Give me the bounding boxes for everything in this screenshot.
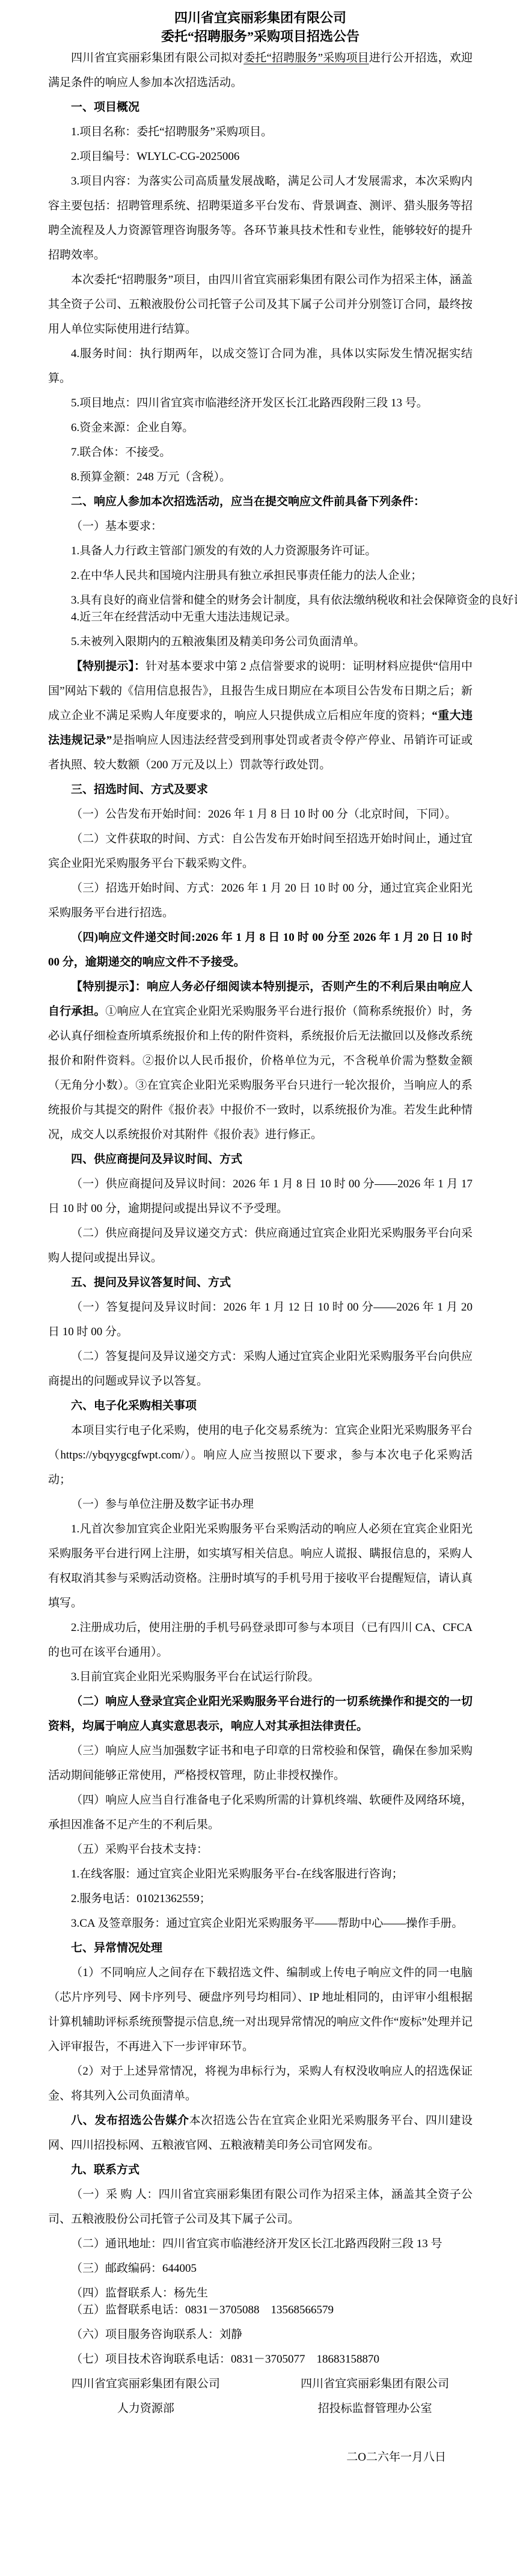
- signature-right-company: 四川省宜宾丽彩集团有限公司: [277, 2372, 473, 2396]
- signature-left: 四川省宜宾丽彩集团有限公司 人力资源部: [48, 2372, 243, 2421]
- intro-underlined-project-name: 委托“招聘服务”采购项目: [243, 52, 369, 64]
- section3-item1-announce-time: （一）公告发布开始时间：2026 年 1 月 8 日 10 时 00 分（北京时…: [48, 802, 473, 827]
- section6-heading: 六、电子化采购相关事项: [48, 1394, 473, 1418]
- section9-item7-tech-phone: （七）项目技术咨询联系电话：0831－3705077 18683158870: [48, 2347, 473, 2372]
- section6-sub3: （三）响应人应当加强数字证书和电子印章的日常校验和保管，确保在参加采购活动期间能…: [48, 1739, 473, 1788]
- section6-sub5-item3-ca-service: 3.CA 及签章服务：通过宜宾企业阳光采购服务平——帮助中心——操作手册。: [48, 1911, 473, 1936]
- section6-intro: 本项目实行电子化采购，使用的电子化交易系统为：宜宾企业阳光采购服务平台（http…: [48, 1418, 473, 1492]
- doc-title-line1: 四川省宜宾丽彩集团有限公司: [48, 8, 473, 27]
- section9-item1-purchaser: （一）采 购 人：四川省宜宾丽彩集团有限公司作为招采主体，涵盖其全资子公司、五粮…: [48, 2182, 473, 2232]
- special-notice-2: 【特别提示】：响应人务必仔细阅读本特别提示，否则产生的不利后果由响应人自行承担。…: [48, 974, 473, 1147]
- section7-heading: 七、异常情况处理: [48, 1936, 473, 1960]
- section1-item8-budget: 8.预算金额：248 万元（含税）。: [48, 465, 473, 489]
- section9-item2-address: （二）通讯地址：四川省宜宾市临港经济开发区长江北路西段附三段 13 号: [48, 2232, 473, 2256]
- section9-item5-supervisor-phone: （五）监督联系电话：0831－3705088 13568566579: [48, 2298, 473, 2322]
- section1-item7-consortium: 7.联合体：不接受。: [48, 440, 473, 465]
- section2-basic-requirements-label: （一）基本要求：: [48, 514, 473, 539]
- section5-heading: 五、提问及异议答复时间、方式: [48, 1270, 473, 1295]
- section1-paragraph2: 本次委托“招聘服务”项目，由四川省宜宾丽彩集团有限公司作为招采主体，涵盖其全资子…: [48, 268, 473, 341]
- signature-right: 四川省宜宾丽彩集团有限公司 招投标监督管理办公室: [277, 2372, 473, 2421]
- special-notice-2-text: ①响应人在宜宾企业阳光采购服务平台进行报价（简称系统报价）时，务必认真仔细检查所…: [48, 1005, 473, 1141]
- section9-item6-service-contact: （六）项目服务咨询联系人：刘静: [48, 2322, 473, 2347]
- section3-item2-file-obtain: （二）文件获取的时间、方式：自公告发布开始时间至招选开始时间止，通过宜宾企业阳光…: [48, 827, 473, 876]
- section1-item4-service-time: 4.服务时间：执行期两年，以成交签订合同为准，具体以实际发生情况据实结算。: [48, 341, 473, 391]
- section6-sub1-item2: 2.注册成功后，使用注册的手机号码登录即可参与本项目（已有四川 CA、CFCA …: [48, 1615, 473, 1665]
- section6-sub5-heading: （五）采购平台技术支持：: [48, 1837, 473, 1862]
- section2-item2: 2.在中华人民共和国境内注册具有独立承担民事责任能力的法人企业；: [48, 563, 473, 588]
- section1-heading: 一、项目概况: [48, 95, 473, 120]
- section1-item6-funding: 6.资金来源：企业自筹。: [48, 415, 473, 440]
- section3-item3-start-time: （三）招选开始时间、方式：2026 年 1 月 20 日 10 时 00 分，通…: [48, 876, 473, 925]
- section4-item2: （二）供应商提问及异议递交方式：供应商通过宜宾企业阳光采购服务平台向采购人提问或…: [48, 1221, 473, 1270]
- section3-item4-submission-time: （四)响应文件递交时间:2026 年 1 月 8 日 10 时 00 分至 20…: [48, 925, 473, 974]
- section4-item1: （一）供应商提问及异议时间：2026 年 1 月 8 日 10 时 00 分——…: [48, 1172, 473, 1221]
- section2-item5: 5.未被列入限期内的五粮液集团及精美印务公司负面清单。: [48, 629, 473, 654]
- section7-item2: （2）对于上述异常情况，将视为串标行为，采购人有权没收响应人的招选保证金、将其列…: [48, 2059, 473, 2108]
- section4-heading: 四、供应商提问及异议时间、方式: [48, 1147, 473, 1172]
- section6-sub4: （四）响应人应当自行准备电子化采购所需的计算机终端、软硬件及网络环境，承担因准备…: [48, 1788, 473, 1837]
- intro-paragraph: 四川省宜宾丽彩集团有限公司拟对委托“招聘服务”采购项目进行公开招选，欢迎满足条件…: [48, 46, 473, 95]
- document-page: 四川省宜宾丽彩集团有限公司 委托“招聘服务”采购项目招选公告 四川省宜宾丽彩集团…: [0, 0, 517, 2576]
- section6-sub1-item1: 1.凡首次参加宜宾企业阳光采购服务平台采购活动的响应人必须在宜宾企业阳光采购服务…: [48, 1517, 473, 1615]
- signature-block: 四川省宜宾丽彩集团有限公司 人力资源部 四川省宜宾丽彩集团有限公司 招投标监督管…: [48, 2372, 473, 2421]
- special-notice-1-label: 【特别提示】：: [71, 660, 145, 673]
- section1-item5-location: 5.项目地点：四川省宜宾市临港经济开发区长江北路西段附三段 13 号。: [48, 391, 473, 415]
- signature-right-department: 招投标监督管理办公室: [277, 2396, 473, 2421]
- section1-item2-project-number: 2.项目编号：WLYLC-CG-2025006: [48, 144, 473, 169]
- section5-item2: （二）答复提问及异议递交方式：采购人通过宜宾企业阳光采购服务平台向供应商提出的问…: [48, 1344, 473, 1394]
- section5-item1: （一）答复提问及异议时间：2026 年 1 月 12 日 10 时 00 分——…: [48, 1295, 473, 1344]
- section6-sub5-item1-online-service: 1.在线客服：通过宜宾企业阳光采购服务平台-在线客服进行咨询；: [48, 1862, 473, 1886]
- section9-item3-postcode: （三）邮政编码：644005: [48, 2256, 473, 2281]
- signature-left-company: 四川省宜宾丽彩集团有限公司: [48, 2372, 243, 2396]
- section6-sub1-item3: 3.目前宜宾企业阳光采购服务平台在试运行阶段。: [48, 1665, 473, 1689]
- section2-heading: 二、响应人参加本次招选活动，应当在提交响应文件前具备下列条件：: [48, 489, 473, 514]
- special-notice-1-text-b: 是指响应人因违法经营受到刑事处罚或者责令停产停业、吊销许可证或者执照、较大数额（…: [48, 734, 473, 771]
- section1-item1-project-name: 1.项目名称：委托“招聘服务”采购项目。: [48, 120, 473, 144]
- signature-left-department: 人力资源部: [48, 2396, 243, 2421]
- section6-sub2: （二）响应人登录宜宾企业阳光采购服务平台进行的一切系统操作和提交的一切资料，均属…: [48, 1689, 473, 1739]
- intro-text-start: 四川省宜宾丽彩集团有限公司拟对: [71, 52, 243, 64]
- section7-item1: （1）不同响应人之间存在下载招选文件、编制或上传电子响应文件的同一电脑（芯片序列…: [48, 1960, 473, 2059]
- section8-heading: 八、发布招选公告媒介: [71, 2114, 189, 2127]
- section6-sub5-item2-service-phone: 2.服务电话：01021362559；: [48, 1886, 473, 1911]
- section6-sub1-heading: （一）参与单位注册及数字证书办理: [48, 1492, 473, 1517]
- section3-heading: 三、招选时间、方式及要求: [48, 777, 473, 802]
- special-notice-1: 【特别提示】：针对基本要求中第 2 点信誉要求的说明：证明材料应提供“信用中国”…: [48, 654, 473, 777]
- signature-date: 二O二六年一月八日: [48, 2445, 473, 2470]
- section1-item3-project-content: 3.项目内容：为落实公司高质量发展战略，满足公司人才发展需求，本次采购内容主要包…: [48, 169, 473, 268]
- section2-item1: 1.具备人力行政主管部门颁发的有效的人力资源服务许可证。: [48, 539, 473, 563]
- section8-paragraph: 八、发布招选公告媒介本次招选公告在宜宾企业阳光采购服务平台、四川建设网、四川招投…: [48, 2108, 473, 2158]
- doc-title-line2: 委托“招聘服务”采购项目招选公告: [48, 27, 473, 46]
- section9-heading: 九、联系方式: [48, 2158, 473, 2182]
